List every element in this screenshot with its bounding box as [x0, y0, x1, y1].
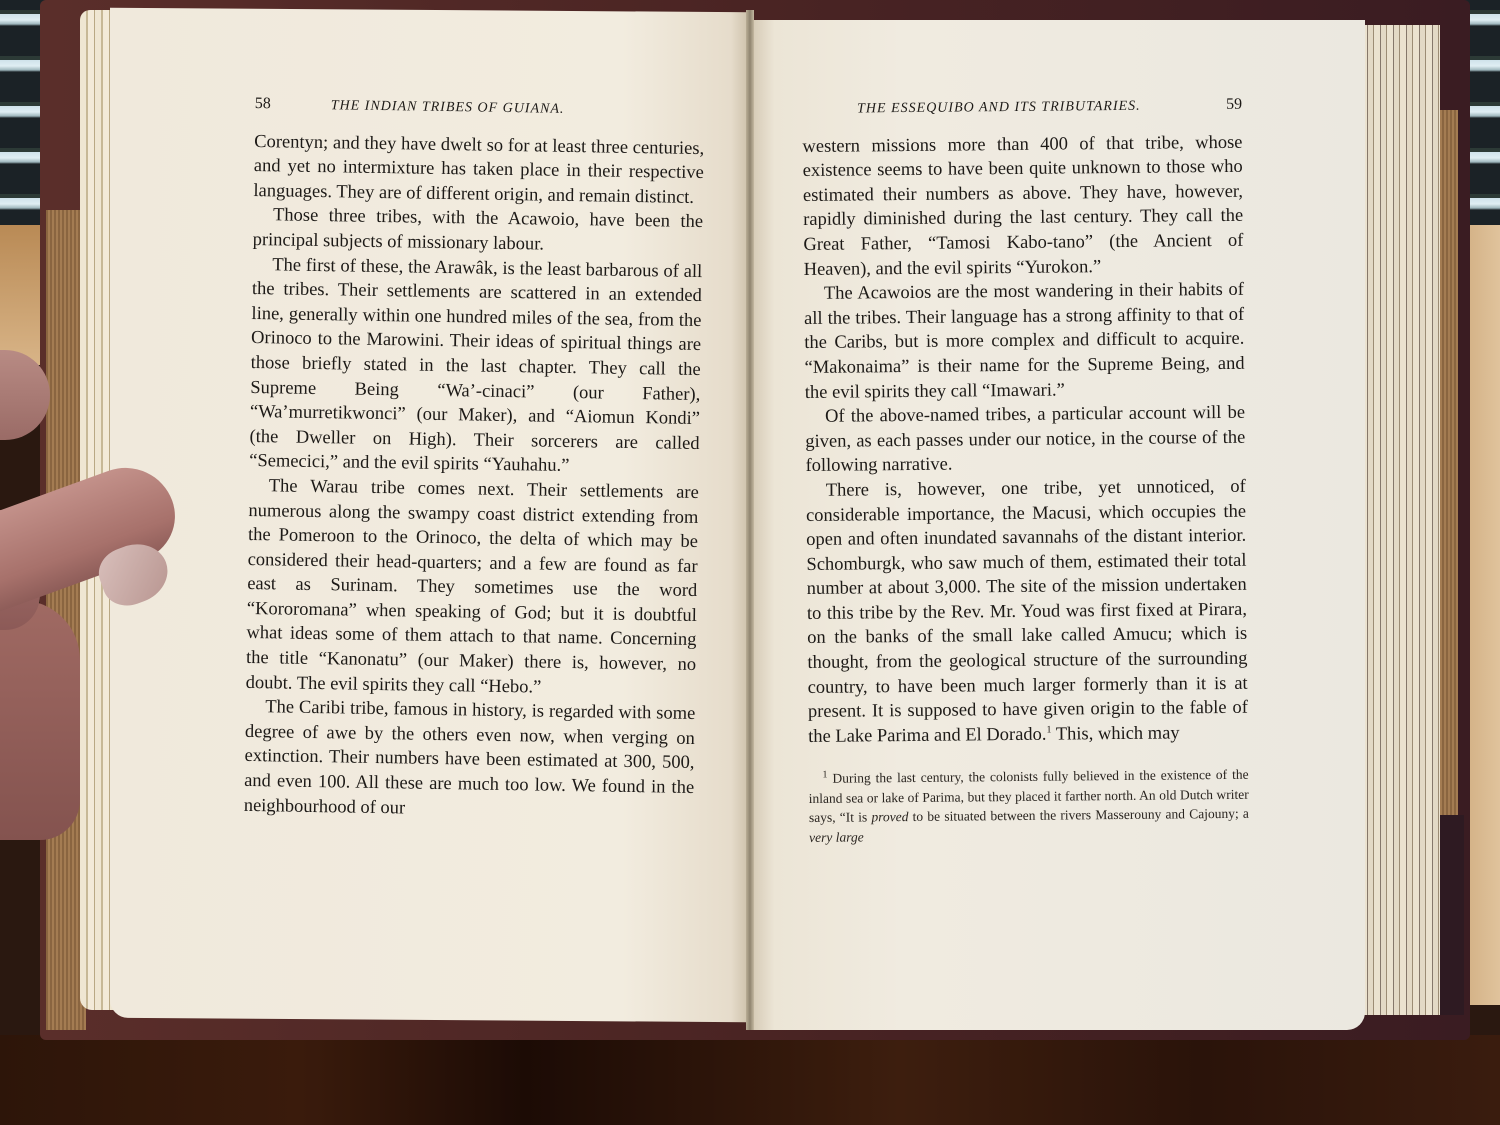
- paragraph: The Caribi tribe, famous in history, is …: [244, 695, 696, 825]
- paragraph: The Warau tribe comes next. Their settle…: [246, 474, 699, 702]
- paragraph: Corentyn; and they have dwelt so for at …: [253, 130, 704, 211]
- running-head-title: THE INDIAN TRIBES OF GUIANA.: [331, 94, 565, 122]
- page-edges-right: [1355, 25, 1440, 1015]
- footnote: 1 During the last century, the colonists…: [808, 765, 1249, 847]
- footnote-italic: proved: [871, 809, 908, 824]
- paragraph: The first of these, the Arawâk, is the l…: [249, 253, 702, 481]
- paragraph: western missions more than 400 of that t…: [802, 130, 1243, 282]
- footnote-marker: 1: [822, 770, 827, 781]
- page-number: 59: [1226, 93, 1242, 118]
- book-cover-corner: [1436, 815, 1464, 1015]
- book-cover-cloth: [1438, 110, 1458, 820]
- right-page-text: THE ESSEQUIBO AND ITS TRIBUTARIES. 59 we…: [802, 93, 1249, 848]
- paragraph-text: There is, however, one tribe, yet unnoti…: [806, 477, 1248, 747]
- running-head: THE ESSEQUIBO AND ITS TRIBUTARIES. 59: [802, 93, 1242, 123]
- table-surface: [0, 1035, 1500, 1125]
- running-head-title: THE ESSEQUIBO AND ITS TRIBUTARIES.: [857, 95, 1141, 122]
- paragraph: Those three tribes, with the Acawoio, ha…: [252, 203, 703, 259]
- page-number: 58: [255, 92, 271, 117]
- paragraph: The Acawoios are the most wandering in t…: [804, 278, 1245, 405]
- paragraph: There is, however, one tribe, yet unnoti…: [806, 475, 1249, 750]
- hand-palm: [0, 600, 80, 840]
- paragraph: Of the above-named tribes, a particular …: [805, 401, 1246, 479]
- paragraph-text: This, which may: [1051, 723, 1179, 744]
- left-page-text: 58 THE INDIAN TRIBES OF GUIANA. Corentyn…: [244, 92, 705, 825]
- book-gutter: [746, 10, 754, 1030]
- footnote-text: to be situated between the rivers Masser…: [908, 806, 1249, 824]
- footnote-italic: very large: [809, 829, 864, 845]
